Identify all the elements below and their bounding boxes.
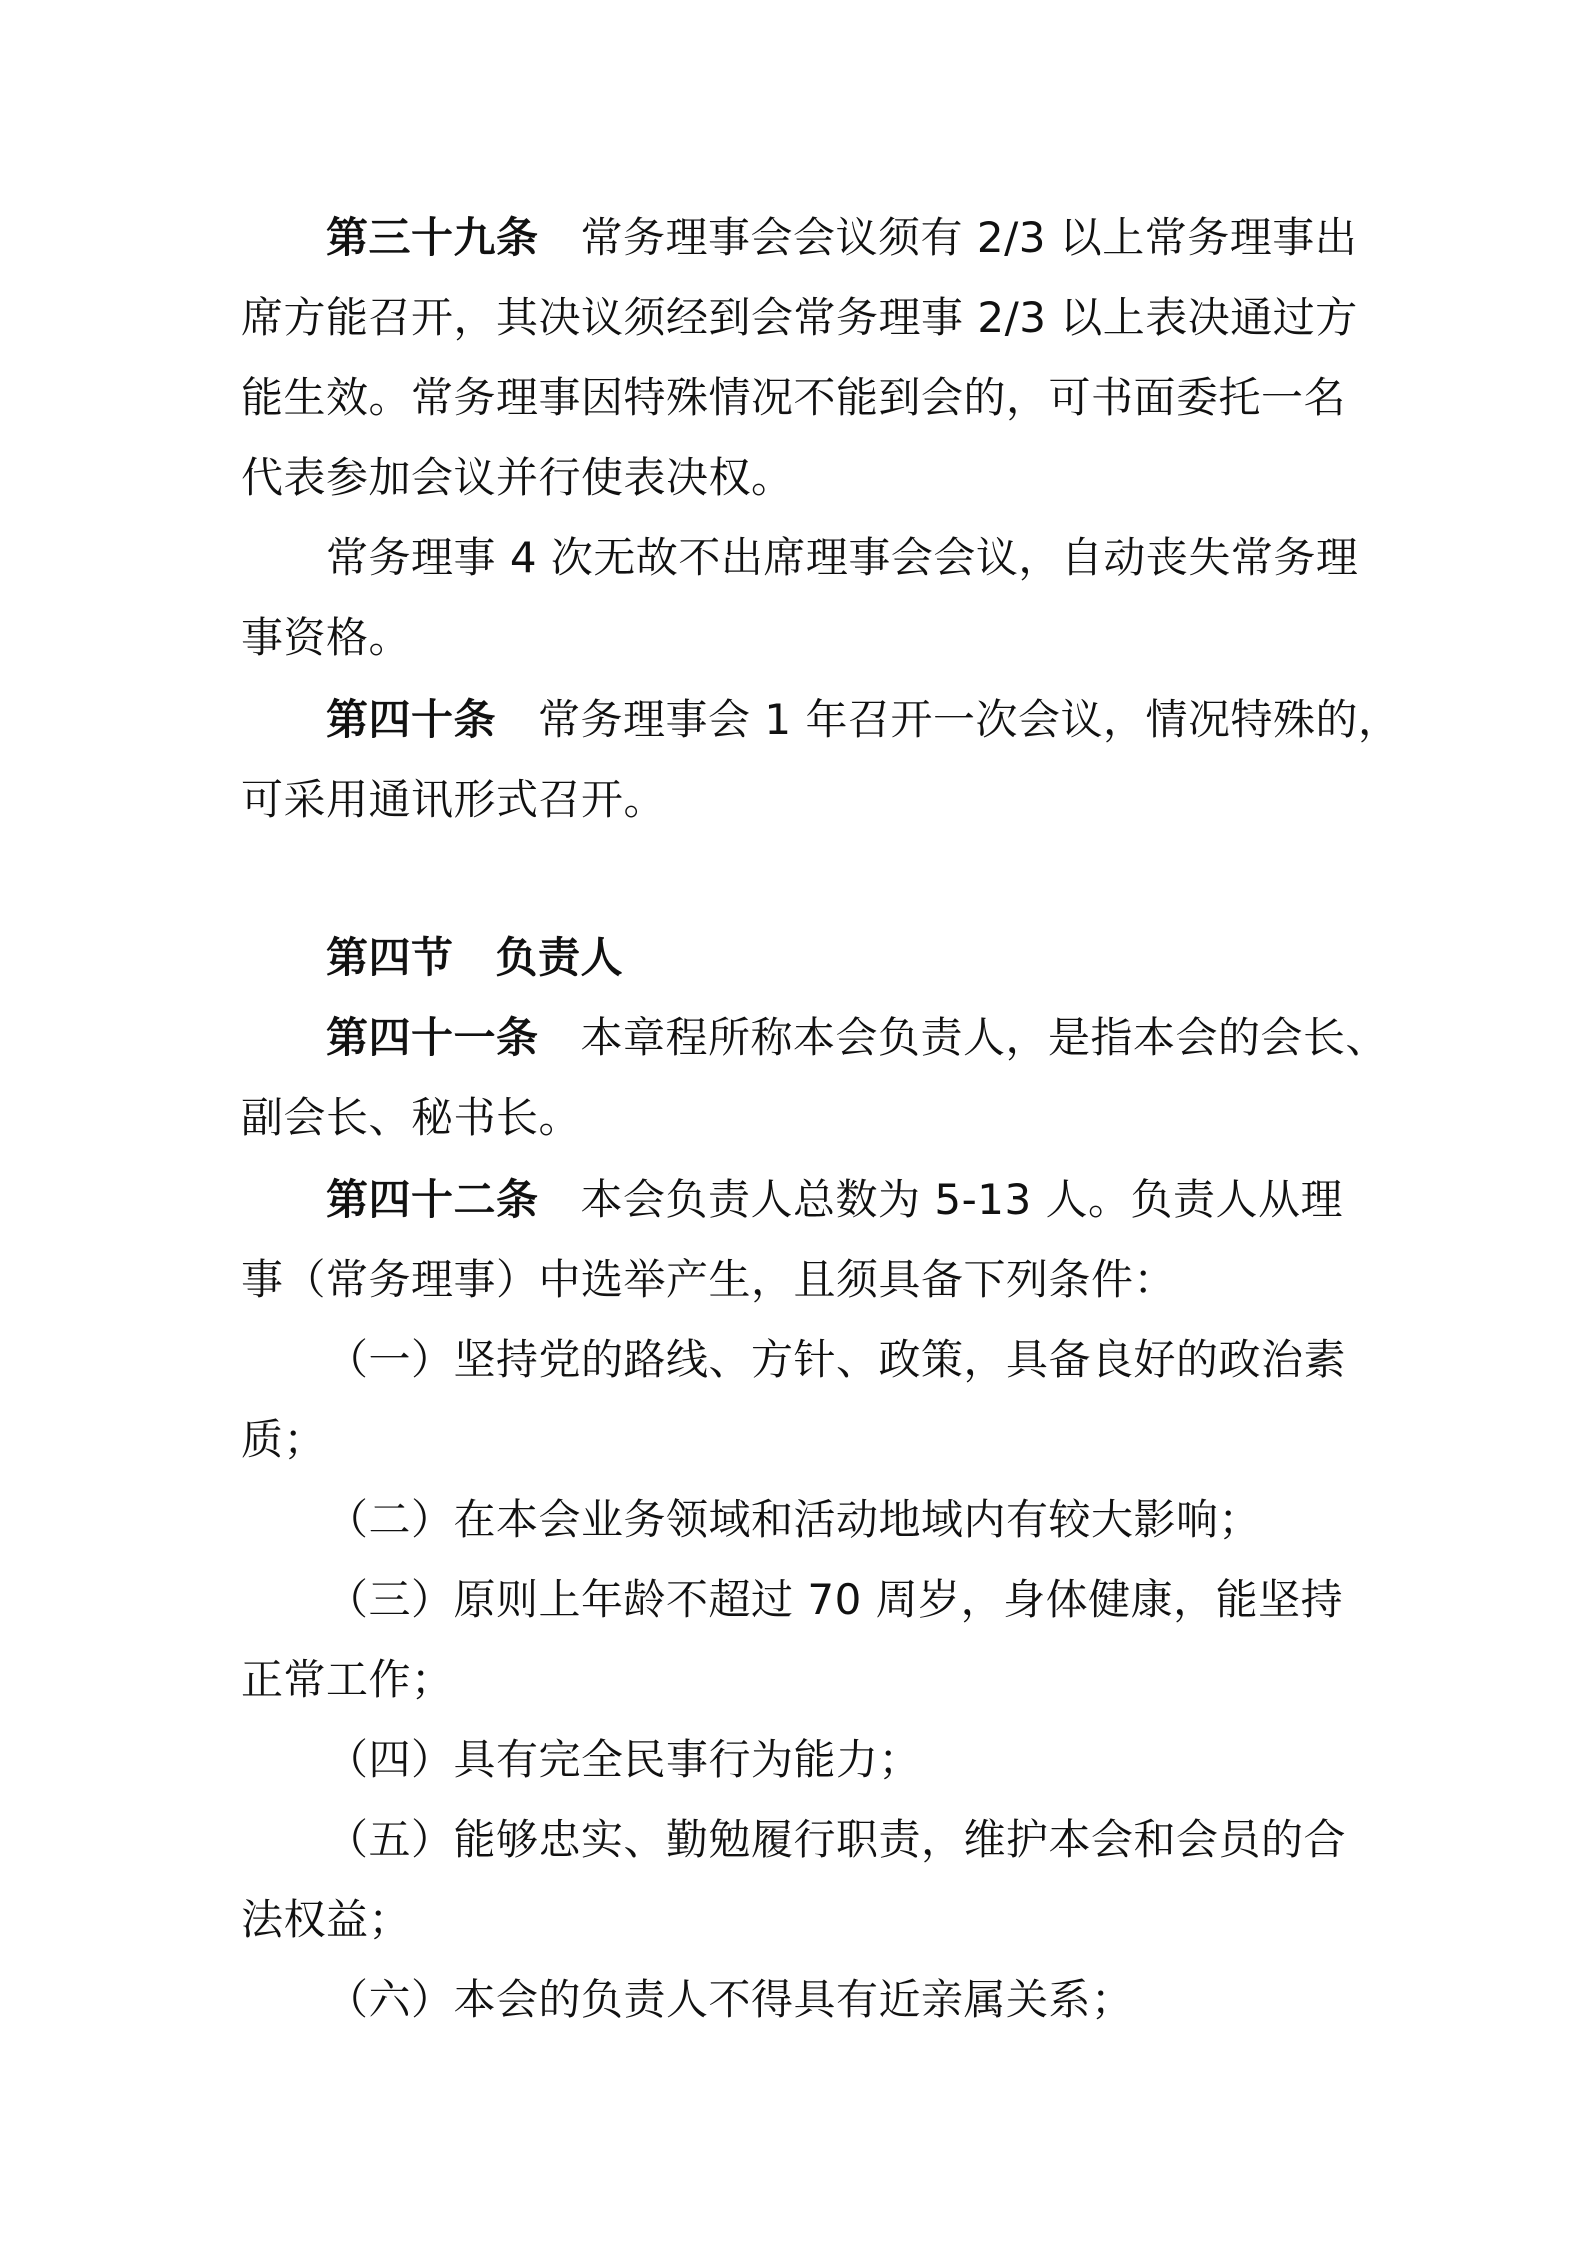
article-42-line-1: 第四十二条本会负责人总数为 5-13 人。负责人从理 xyxy=(241,1175,1436,1255)
article-39-line-1: 第三十九条常务理事会会议须有 2/3 以上常务理事出 xyxy=(241,213,1436,293)
condition-1-line-2: 质； xyxy=(241,1415,1351,1495)
condition-5-line-1: （五）能够忠实、勤勉履行职责，维护本会和会员的合 xyxy=(241,1815,1436,1895)
condition-2-line-1: （二）在本会业务领域和活动地域内有较大影响； xyxy=(241,1495,1436,1575)
article-40-text: 常务理事会 1 年召开一次会议，情况特殊的， xyxy=(538,695,1400,744)
condition-4-line-1: （四）具有完全民事行为能力； xyxy=(241,1735,1436,1815)
condition-3-line-2: 正常工作； xyxy=(241,1655,1351,1735)
article-39-para2-line-2: 事资格。 xyxy=(241,613,1351,693)
article-39-line-3: 能生效。常务理事因特殊情况不能到会的，可书面委托一名 xyxy=(241,373,1351,453)
condition-1-line-1: （一）坚持党的路线、方针、政策，具备良好的政治素 xyxy=(241,1335,1436,1415)
document-page: 第三十九条常务理事会会议须有 2/3 以上常务理事出 席方能召开，其决议须经到会… xyxy=(0,0,1587,2245)
article-40-line-1: 第四十条常务理事会 1 年召开一次会议，情况特殊的， xyxy=(241,695,1436,775)
section-title: 负责人 xyxy=(496,933,624,982)
article-40-heading: 第四十条 xyxy=(326,695,496,744)
article-39-text: 常务理事会会议须有 2/3 以上常务理事出 xyxy=(581,213,1358,262)
article-39-heading: 第三十九条 xyxy=(326,213,539,262)
article-39-line-2: 席方能召开，其决议须经到会常务理事 2/3 以上表决通过方 xyxy=(241,293,1351,373)
article-41-line-1: 第四十一条本章程所称本会负责人，是指本会的会长、 xyxy=(241,1013,1436,1093)
condition-3-line-1: （三）原则上年龄不超过 70 周岁，身体健康，能坚持 xyxy=(241,1575,1436,1655)
article-42-heading: 第四十二条 xyxy=(326,1175,539,1224)
article-41-heading: 第四十一条 xyxy=(326,1013,539,1062)
section-heading: 第四节负责人 xyxy=(241,933,1436,1013)
article-41-line-2: 副会长、秘书长。 xyxy=(241,1093,1351,1173)
condition-5-line-2: 法权益； xyxy=(241,1895,1351,1975)
article-39-line-4: 代表参加会议并行使表决权。 xyxy=(241,453,1351,533)
condition-6-line-1: （六）本会的负责人不得具有近亲属关系； xyxy=(241,1975,1436,2055)
article-40-line-2: 可采用通讯形式召开。 xyxy=(241,775,1351,855)
article-39-para2-line-1: 常务理事 4 次无故不出席理事会会议，自动丧失常务理 xyxy=(241,533,1436,613)
article-42-line-2: 事（常务理事）中选举产生，且须具备下列条件： xyxy=(241,1255,1351,1335)
section-number: 第四节 xyxy=(326,933,454,982)
article-42-text: 本会负责人总数为 5-13 人。负责人从理 xyxy=(581,1175,1344,1224)
article-41-text: 本章程所称本会负责人，是指本会的会长、 xyxy=(581,1013,1389,1062)
